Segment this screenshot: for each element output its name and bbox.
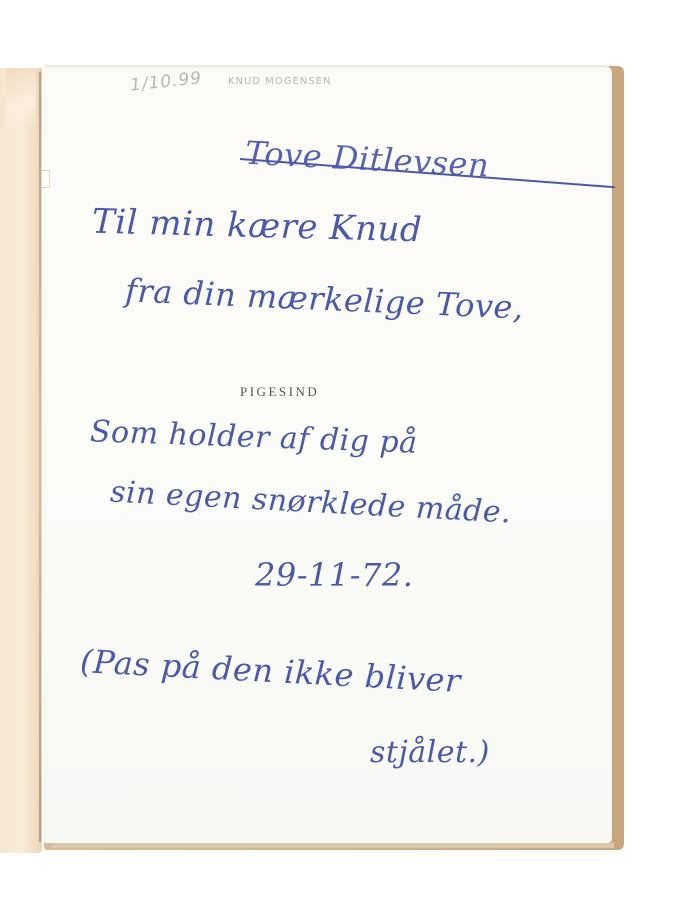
spine-tear (41, 170, 50, 188)
wrapper-cover-left (0, 68, 42, 853)
inscription-line-7: stjålet.) (370, 735, 490, 770)
page-bottom-edge (52, 843, 614, 848)
inscription-date: 29-11-72. (255, 556, 413, 594)
pencil-name-note: KNUD MOGENSEN (228, 76, 331, 87)
printed-book-title: PIGESIND (240, 384, 319, 400)
